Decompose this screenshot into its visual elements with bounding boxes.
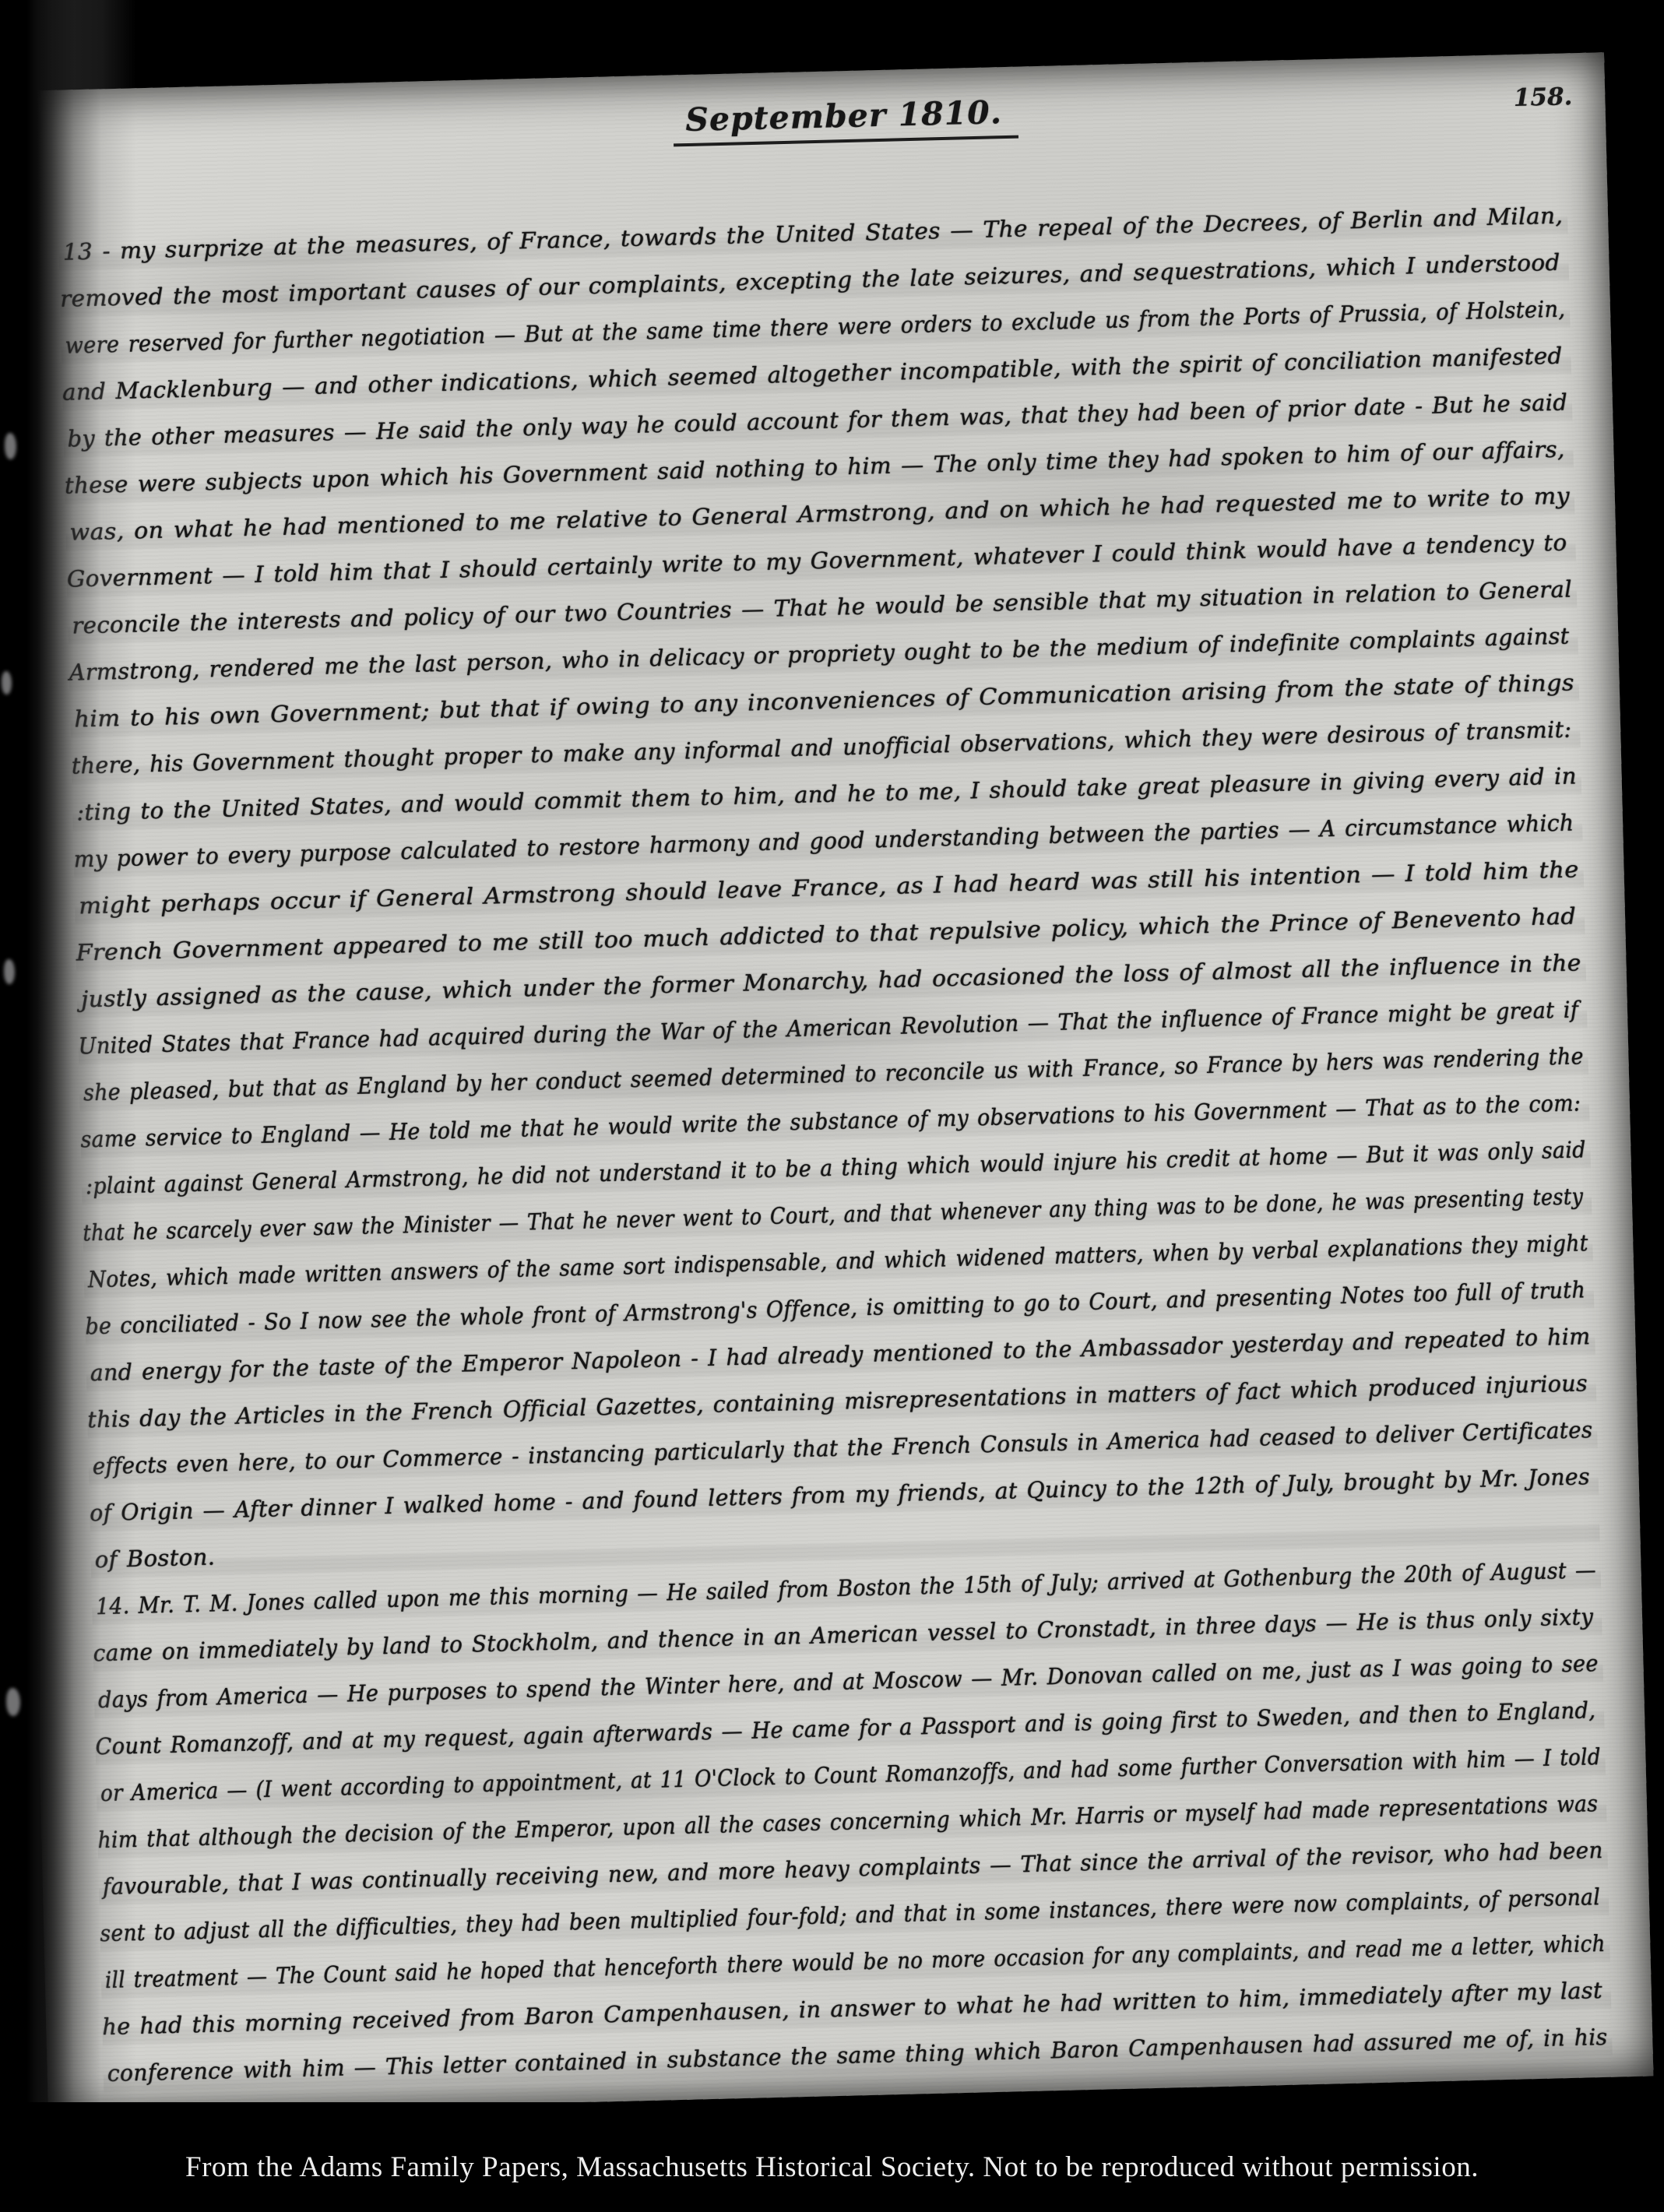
page-number: 158.	[1513, 83, 1572, 112]
facing-page-ink-fragment	[5, 433, 16, 459]
caption-band: From the Adams Family Papers, Massachuse…	[0, 2102, 1664, 2212]
archive-credit-caption: From the Adams Family Papers, Massachuse…	[0, 2150, 1664, 2184]
page-header-month: September 1810.	[673, 93, 1018, 147]
facing-page-ink-fragment	[6, 1688, 20, 1716]
diary-entry-13: 13 - my surprize at the measures, of Fra…	[58, 192, 1600, 1583]
manuscript-text-block: 13 - my surprize at the measures, of Fra…	[58, 192, 1613, 2097]
manuscript-page-scan: September 1810. 158. 13 - my surprize at…	[0, 52, 1653, 2115]
facing-page-ink-fragment	[2, 671, 12, 695]
facing-page-ink-fragment	[4, 959, 15, 984]
diary-entry-14: 14. Mr. T. M. Jones called upon me this …	[91, 1546, 1613, 2097]
